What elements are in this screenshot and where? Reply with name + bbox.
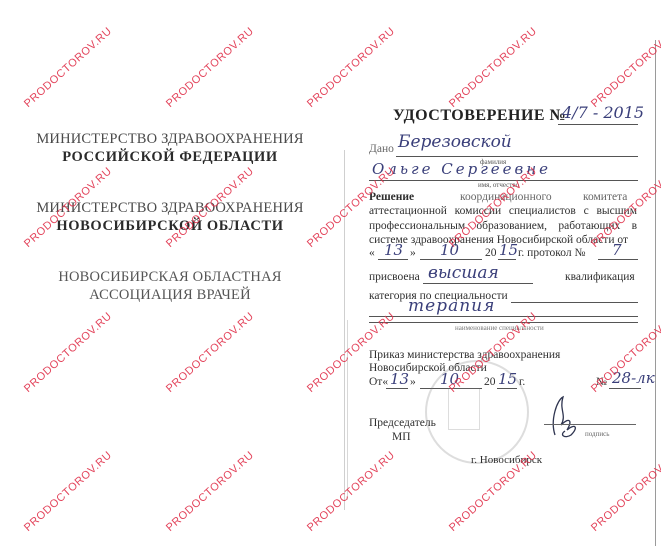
decision-word-committee: комитета xyxy=(583,191,627,203)
signature-icon xyxy=(545,395,585,440)
order-day: 13 xyxy=(390,370,409,388)
given-label: Дано xyxy=(369,143,394,155)
stamp-seal-emblem-icon xyxy=(448,388,480,430)
decision-day: 13 xyxy=(384,241,403,259)
org-doctors-association: НОВОСИБИРСКАЯ ОБЛАСТНАЯ АССОЦИАЦИЯ ВРАЧЕ… xyxy=(0,268,340,304)
org-ministry-russia-line2: РОССИЙСКОЙ ФЕДЕРАЦИИ xyxy=(0,148,340,166)
order-close-quote: » xyxy=(410,376,416,388)
date-open-quote: « xyxy=(369,247,375,259)
signature-caption: подпись xyxy=(585,430,609,438)
specialty-underline-2 xyxy=(369,322,638,323)
assigned-label: присвоена xyxy=(369,271,420,283)
certificate-title-label: УДОСТОВЕРЕНИЕ № xyxy=(393,107,566,124)
org-ministry-russia: МИНИСТЕРСТВО ЗДРАВООХРАНЕНИЯ РОССИЙСКОЙ … xyxy=(0,130,340,166)
order-line1: Приказ министерства здравоохранения xyxy=(369,349,560,361)
protocol-label: г. протокол № xyxy=(518,247,585,259)
order-day-underline xyxy=(386,388,408,389)
decision-month-underline xyxy=(420,259,482,260)
category-value: высшая xyxy=(428,263,499,283)
decision-date-close-quote: » xyxy=(410,247,416,259)
certificate-number-underline xyxy=(558,124,638,125)
qualification-label: квалификация xyxy=(565,271,635,283)
surname-underline xyxy=(396,156,638,157)
stamp-label: МП xyxy=(392,431,411,443)
certificate-title: УДОСТОВЕРЕНИЕ № xyxy=(393,107,566,125)
certificate-number: 4/7 - 2015 xyxy=(562,103,644,122)
order-from-label: От« xyxy=(369,376,388,388)
category-underline xyxy=(423,283,533,284)
protocol-number-underline xyxy=(598,259,638,260)
order-number-underline xyxy=(609,388,641,389)
decision-date-row: « xyxy=(369,247,375,259)
org-doctors-association-line2: АССОЦИАЦИЯ ВРАЧЕЙ xyxy=(0,286,340,304)
category-specialty-underline xyxy=(511,302,638,303)
org-ministry-russia-line1: МИНИСТЕРСТВО ЗДРАВООХРАНЕНИЯ xyxy=(0,130,340,148)
signature-underline xyxy=(544,424,636,425)
decision-year-underline xyxy=(498,259,516,260)
decision-year-prefix: 20 xyxy=(485,247,497,259)
decision-year-suffix: 15 xyxy=(499,241,518,259)
specialty-underline xyxy=(369,316,638,317)
surname-field: Березовской xyxy=(398,132,512,152)
decision-day-underline xyxy=(378,259,408,260)
chairman-label: Председатель xyxy=(369,417,436,429)
specialty-value: терапия xyxy=(408,296,495,316)
org-doctors-association-line1: НОВОСИБИРСКАЯ ОБЛАСТНАЯ xyxy=(0,268,340,286)
protocol-number: 7 xyxy=(612,241,622,259)
